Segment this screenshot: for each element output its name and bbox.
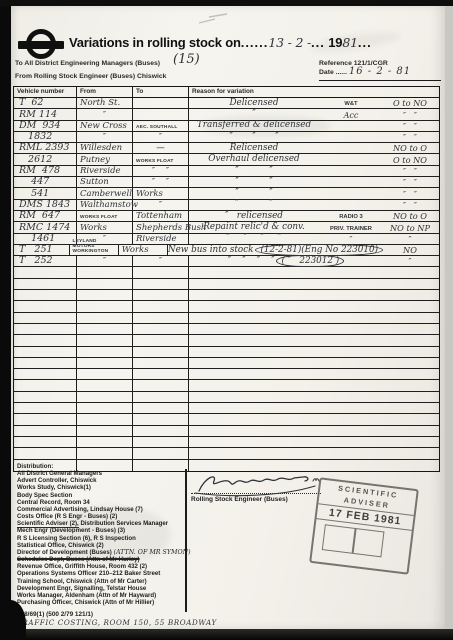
date-dotted-leader: ...... [336, 69, 347, 76]
stamp-empty-box [322, 524, 385, 557]
licence-status: ″ ″ [383, 167, 437, 176]
table-row-empty [14, 369, 439, 380]
vehicle-number-cell [14, 403, 77, 413]
vehicle-number-cell [14, 358, 77, 368]
to-cell [133, 98, 189, 108]
reason-text: Overhaul delicensed [189, 155, 319, 165]
licence-status: NO to O [383, 212, 437, 221]
from-cell: ″ [77, 109, 133, 119]
vehicle-number-cell [14, 301, 77, 311]
vehicle-number-cell: 2612 [14, 154, 77, 164]
distribution-item: Statistical Office, Chiswick (2) [17, 542, 185, 549]
to-cell [133, 335, 189, 345]
form-print-code: 408/69(1) (500 2/79 121/1) [17, 611, 93, 618]
reason-cell [189, 279, 439, 289]
distribution-item: Operations Systems Officer 210–212 Baker… [17, 570, 185, 577]
reason-text: ″ ″ ″ ″ [189, 234, 319, 244]
reason-cell: ″ ″″ ″ [189, 188, 439, 198]
licence-status: ″ ″ [383, 201, 437, 210]
vehicle-number-cell [14, 313, 77, 323]
reason-cell: ″ ″ ″ ″( ″ 223012 )″ [189, 256, 439, 266]
from-cell: Works [77, 222, 133, 232]
reason-text: Repaint relic'd & conv. [189, 223, 319, 233]
licence-status: ″ ″ [383, 111, 437, 120]
from-cell: North St. [77, 98, 133, 108]
to-cell: Works [119, 245, 168, 255]
to-cell: ″ ″ [133, 166, 189, 176]
table-row: RMC 1474WorksShepherds BushRepaint relic… [14, 222, 439, 233]
from-cell [77, 448, 133, 458]
from-cell [77, 437, 133, 447]
distribution-item: Costs Office (R S Engr - Buses) (2) [17, 513, 185, 520]
scan-edge-left [0, 0, 11, 640]
distribution-item: R S Licensing Section (6), R S Inspectio… [17, 535, 185, 542]
reason-cell: ″ ″″ ″ [189, 166, 439, 176]
reason-cell: Overhaul delicensedO to NO [189, 154, 439, 164]
table-row-empty [14, 426, 439, 437]
signature-dotted-line [191, 493, 321, 494]
reason-text: ″ ″ ″ [189, 133, 319, 143]
reason-cell [189, 301, 439, 311]
distribution-item: Purchasing Officer, Chiswick (Attn of Mr… [17, 599, 185, 606]
scan-edge-bottom [0, 629, 453, 640]
licence-status: NO to O [383, 144, 437, 153]
from-cell [77, 414, 133, 424]
distribution-item: Training School, Chiswick (Attn of Mr Ca… [17, 578, 185, 585]
reason-code: ″ [319, 236, 383, 244]
reason-cell: Transferred & delicensed″ ″ [189, 121, 439, 131]
vehicle-number-cell [14, 324, 77, 334]
table-row: RM 647WORKS FLOATTottenham″ relicensedRA… [14, 211, 439, 222]
licence-status: ″ ″ [383, 190, 437, 199]
reason-cell [189, 426, 439, 436]
table-row: RM 114″″Acc″ ″ [14, 109, 439, 120]
to-cell [133, 109, 189, 119]
reason-cell [189, 414, 439, 424]
reason-code: PRIV. TRAINER [319, 225, 383, 233]
distribution-item: Director of Development (Buses) (ATTN. O… [17, 549, 185, 556]
to-cell: Works [133, 188, 189, 198]
from-cell [77, 335, 133, 345]
to-cell [133, 301, 189, 311]
vehicle-number-cell [14, 290, 77, 300]
reason-cell [189, 403, 439, 413]
distribution-item: All District General Managers [17, 470, 185, 477]
vehicle-number-cell [14, 369, 77, 379]
reason-cell: DelicensedW&TO to NO [189, 98, 439, 108]
distribution-item: Body Spec Section [17, 492, 185, 499]
reason-text: Relicensed [189, 144, 319, 154]
vehicle-number-cell: RM 647 [14, 211, 77, 221]
col-header-reason: Reason for variation [189, 87, 439, 97]
table-row: 541CamberwellWorks″ ″″ ″ [14, 188, 439, 199]
distribution-item: Works Study, Chiswick(1) [17, 484, 185, 491]
date-handwritten: 16 - 2 - 81 [349, 66, 411, 77]
reason-cell [189, 437, 439, 447]
vehicle-number-cell [14, 437, 77, 447]
table-row-empty [14, 335, 439, 346]
table-row: T 251LEYLAND MOTORS WORKINGTONWorksNew b… [14, 245, 439, 256]
table-row-empty [14, 380, 439, 391]
licence-status: NO to NP [383, 224, 437, 233]
vehicle-number-cell: RML 2393 [14, 143, 77, 153]
distribution-item: Central Record, Room 34 [17, 499, 185, 506]
from-cell [77, 324, 133, 334]
reason-cell [189, 448, 439, 458]
vehicle-number-cell: DMS 1843 [14, 200, 77, 210]
signature-role-label: Rolling Stock Engineer (Buses) [191, 496, 329, 503]
reason-text: ″ [189, 110, 319, 120]
vehicle-number-cell [14, 414, 77, 424]
reason-cell: ″ ″″ ″ [189, 177, 439, 187]
table-row: 447Sutton″ ″″ ″″ ″ [14, 177, 439, 188]
title-year-handwritten: 81 [342, 35, 358, 50]
from-cell [77, 290, 133, 300]
vehicle-number-cell [14, 426, 77, 436]
table-row-empty [14, 267, 439, 278]
distribution-item: Schedules Dept, Buses (Attn of Mr Hurley… [17, 556, 185, 563]
scanned-form-page: Variations in rolling stock on......13 -… [11, 5, 445, 633]
from-cell [77, 380, 133, 390]
licence-status: ″ ″ [383, 133, 437, 142]
distribution-item: Scientific Adviser (2), Distribution Ser… [17, 520, 185, 527]
table-row-empty [14, 358, 439, 369]
table-row: T 252″″″ ″ ″ ″( ″ 223012 )″ [14, 256, 439, 267]
vehicle-number-cell: 1832 [14, 132, 77, 142]
date-label: Date [319, 69, 334, 76]
reason-cell [189, 290, 439, 300]
from-cell [77, 392, 133, 402]
table-row: RM 478Riverside″ ″″ ″″ ″ [14, 166, 439, 177]
vehicle-number-cell [14, 267, 77, 277]
from-cell: Riverside [77, 166, 133, 176]
reason-text: ″ relicensed [189, 212, 319, 222]
reason-text: Delicensed [189, 99, 319, 109]
to-cell [133, 437, 189, 447]
vehicle-number-cell: 447 [14, 177, 77, 187]
to-cell [133, 380, 189, 390]
from-cell [77, 369, 133, 379]
to-cell: Riverside [133, 234, 189, 244]
to-cell: Shepherds Bush [133, 222, 189, 232]
from-cell: Putney [77, 154, 133, 164]
col-header-from: From [77, 87, 133, 97]
from-cell [77, 347, 133, 357]
vehicle-number-cell: RM 114 [14, 109, 77, 119]
col-header-vehicle-number: Vehicle number [14, 87, 77, 97]
to-cell: ″ ″ [133, 177, 189, 187]
reason-text: ″ ″ [189, 178, 319, 188]
reason-cell: RelicensedNO to O [189, 143, 439, 153]
title-dotted-leader: ...... [241, 35, 269, 50]
circled-annotation: ( ″ 223012 ) [276, 255, 344, 267]
from-cell: ″ [77, 256, 133, 266]
reason-text: Transferred & delicensed [189, 121, 319, 131]
from-cell [77, 267, 133, 277]
table-header-row: Vehicle number From To Reason for variat… [14, 87, 439, 98]
to-cell [133, 279, 189, 289]
to-cell: WORKS FLOAT [133, 154, 189, 164]
from-cell [77, 426, 133, 436]
from-cell: WORKS FLOAT [77, 211, 133, 221]
to-cell [133, 267, 189, 277]
to-cell: AEC. SOUTHALL [133, 121, 189, 131]
table-row-empty [14, 414, 439, 425]
vehicle-number-cell: T 62 [14, 98, 77, 108]
licence-status: ″ ″ [383, 178, 437, 187]
reason-cell [189, 324, 439, 334]
table-row: DMS 1843Walthamstow″″ ″″ ″ [14, 200, 439, 211]
from-cell [77, 279, 133, 289]
table-row-empty [14, 437, 439, 448]
reason-code: W&T [319, 100, 383, 108]
from-cell [77, 301, 133, 311]
reason-text: ″ ″ [189, 189, 319, 199]
from-cell: Sutton [77, 177, 133, 187]
london-transport-roundel-icon [18, 28, 64, 62]
from-cell: Camberwell [77, 188, 133, 198]
reason-code: RADIO 3 [319, 213, 383, 221]
date-field: Date ...... 16 - 2 - 81 [319, 66, 441, 81]
reason-text: ″ ″ [189, 200, 319, 210]
vehicle-number-cell: RM 478 [14, 166, 77, 176]
to-cell: — [133, 143, 189, 153]
from-cell [77, 403, 133, 413]
pencil-mark [193, 11, 237, 29]
from-cell: Willesden [77, 143, 133, 153]
variations-table: Vehicle number From To Reason for variat… [13, 86, 440, 472]
to-cell [133, 403, 189, 413]
sender-line: From Rolling Stock Engineer (Buses) Chis… [15, 73, 166, 80]
reason-cell [189, 392, 439, 402]
vehicle-number-cell: RMC 1474 [14, 222, 77, 232]
reason-cell: New bus into stock(12-2-81)(Eng No 22301… [168, 245, 439, 255]
addressee-line: To All District Engineering Managers (Bu… [15, 60, 160, 67]
table-row-empty [14, 324, 439, 335]
distribution-item: Commercial Advertising, Lindsay House (7… [17, 506, 185, 513]
reason-cell: ″ ″ ″″ ″ [189, 132, 439, 142]
reason-code: Acc [319, 112, 383, 120]
table-body: T 62North St.DelicensedW&TO to NORM 114″… [14, 98, 439, 471]
col-header-to: To [133, 87, 189, 97]
to-cell [133, 358, 189, 368]
title-year-printed: 19 [328, 35, 342, 50]
form-title: Variations in rolling stock on......13 -… [69, 35, 441, 50]
reason-cell: ″ ″″ ″ [189, 200, 439, 210]
table-row: 1832″″″ ″ ″″ ″ [14, 132, 439, 143]
vehicle-number-cell [14, 380, 77, 390]
handwritten-annotation: (ATTN. OF MR SYMON) [114, 549, 191, 556]
table-row: 2612PutneyWORKS FLOATOverhaul delicensed… [14, 154, 439, 165]
distribution-item: Mech Engr (Development - Buses) (3) [17, 527, 185, 534]
vehicle-number-cell: 541 [14, 188, 77, 198]
table-row: T 62North St.DelicensedW&TO to NO [14, 98, 439, 109]
table-row-empty [14, 392, 439, 403]
to-cell [133, 392, 189, 402]
roundel-bar [18, 41, 64, 49]
table-row-empty [14, 313, 439, 324]
reason-text: ″ ″ [189, 167, 319, 177]
to-cell [133, 414, 189, 424]
distribution-item: Advert Controller, Chiswick [17, 477, 185, 484]
from-cell: LEYLAND MOTORS WORKINGTON [70, 245, 119, 255]
reason-cell [189, 369, 439, 379]
from-cell: ″ [77, 132, 133, 142]
reason-cell: ″ relicensedRADIO 3NO to O [189, 211, 439, 221]
from-cell: Walthamstow [77, 200, 133, 210]
table-row-empty [14, 448, 439, 459]
reason-cell [189, 347, 439, 357]
to-cell [133, 313, 189, 323]
vehicle-number-cell [14, 335, 77, 345]
title-printed-text: Variations in rolling stock on [69, 35, 241, 50]
footer-divider-line [185, 469, 187, 612]
vehicle-number-cell: DM 934 [14, 121, 77, 131]
reason-cell [189, 313, 439, 323]
to-cell [133, 369, 189, 379]
reason-cell [189, 358, 439, 368]
table-row-empty [14, 290, 439, 301]
scan-edge-top [0, 0, 453, 6]
handwritten-signature [191, 471, 323, 499]
to-cell: ″ [133, 200, 189, 210]
vehicle-number-cell: 1461 [14, 234, 77, 244]
reason-cell: Repaint relic'd & conv.PRIV. TRAINERNO t… [189, 222, 439, 232]
title-dotted-leader: ... [358, 35, 372, 50]
licence-status: NO [383, 246, 437, 255]
vehicle-number-cell [14, 279, 77, 289]
table-row-empty [14, 301, 439, 312]
licence-status: ″ [383, 235, 437, 244]
to-cell [133, 290, 189, 300]
reason-text: New bus into stock(12-2-81)(Eng No 22301… [168, 246, 383, 256]
table-row-empty [14, 279, 439, 290]
to-cell [133, 324, 189, 334]
table-row-empty [14, 403, 439, 414]
to-cell [133, 448, 189, 458]
distribution-item: Revenue Office, Griffith House, Room 432… [17, 563, 185, 570]
distribution-item: Development Engr, Signalling, Telstar Ho… [17, 585, 185, 592]
distribution-item: Works Manager, Aldenham (Attn of Mr Hayw… [17, 592, 185, 599]
from-cell [77, 358, 133, 368]
scientific-adviser-date-stamp: SCIENTIFIC ADVISER 17 FEB 1981 [309, 477, 419, 575]
from-cell [77, 313, 133, 323]
reason-cell [189, 267, 439, 277]
vehicle-number-cell: T 252 [14, 256, 77, 266]
title-date-handwritten: 13 - 2 - [268, 35, 311, 50]
table-row: RML 2393Willesden—RelicensedNO to O [14, 143, 439, 154]
licence-status: ″ [383, 257, 437, 266]
licence-status: O to NO [383, 99, 437, 108]
reason-text: ″ ″ ″ ″( ″ 223012 ) [189, 257, 383, 267]
table-row-empty [14, 347, 439, 358]
distribution-item: Distribution: [17, 463, 185, 470]
reason-cell [189, 335, 439, 345]
distribution-list: Distribution:All District General Manage… [17, 463, 185, 606]
vehicle-number-cell [14, 347, 77, 357]
licence-status: ″ ″ [383, 122, 437, 131]
to-cell: ″ [133, 132, 189, 142]
vehicle-number-cell [14, 392, 77, 402]
from-cell: New Cross [77, 121, 133, 131]
vehicle-number-cell [14, 448, 77, 458]
table-row: DM 934New CrossAEC. SOUTHALLTransferred … [14, 121, 439, 132]
signature-block: Rolling Stock Engineer (Buses) [191, 471, 329, 503]
circled-annotation: (12-2-81)(Eng No 223010) [255, 244, 383, 256]
reason-cell [189, 380, 439, 390]
title-dotted-leader: ... [311, 35, 325, 50]
to-cell [133, 426, 189, 436]
count-annotation: (15) [173, 52, 200, 67]
vehicle-number-cell: T 251 [14, 245, 70, 255]
handwritten-footer-note: TRAFFIC COSTING, ROOM 150, 55 BROADWAY [17, 618, 217, 627]
to-cell [133, 347, 189, 357]
reason-cell [189, 460, 439, 471]
licence-status: O to NO [383, 156, 437, 165]
reason-cell: ″ ″ ″ ″″″ [189, 234, 439, 244]
to-cell: ″ [133, 256, 189, 266]
reason-cell: ″Acc″ ″ [189, 109, 439, 119]
to-cell: Tottenham [133, 211, 189, 221]
